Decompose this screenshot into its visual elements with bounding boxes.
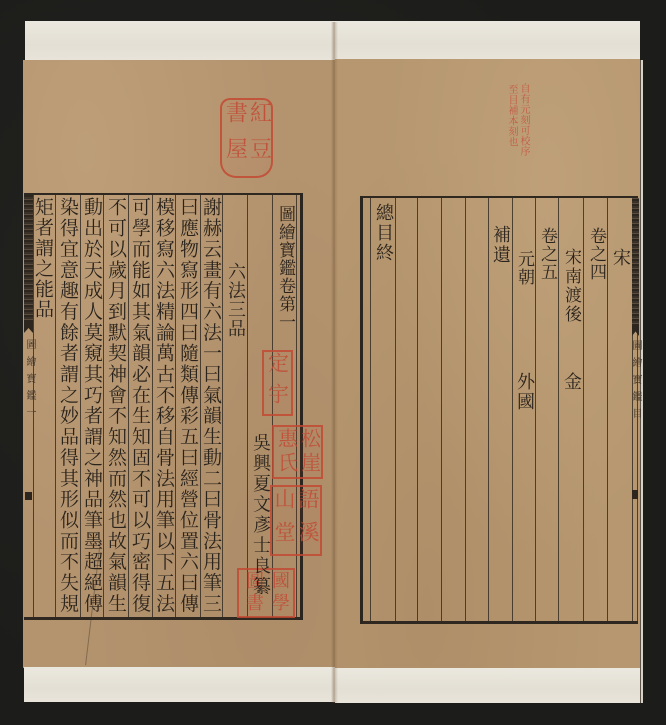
seal-text: 定宇 [265, 352, 291, 414]
banxin-label: 圖繪寶鑑一 [24, 339, 34, 424]
body-column: 曰應物寫形四曰隨類傳彩五曰經營位置六曰傳 [176, 197, 200, 614]
left-top-margin-strip [25, 21, 335, 61]
seal-text: 語溪山堂 [272, 488, 320, 554]
toc-entry: 宋 [608, 248, 632, 268]
collector-seal: 定宇 [262, 350, 293, 416]
frame-top-line [24, 193, 303, 195]
banxin-mark [25, 492, 32, 500]
toc-end-marker: 總目終 [371, 203, 395, 263]
banxin-label: 圖繪寶鑑目 [630, 340, 640, 425]
body-column: 不可以歲月到默契神會不知然而然也故氣韻生 [104, 197, 128, 614]
left-bottom-margin-strip [24, 667, 335, 702]
toc-entry: 宋南渡後 [559, 248, 583, 324]
frame-top-line [360, 196, 638, 198]
seal-text: 紅豆書屋 [223, 101, 271, 175]
section-heading: 六法三品 [223, 262, 247, 338]
author-line: 吳興夏文彥士良纂 [248, 433, 272, 597]
toc-entry: 卷之五 [535, 227, 559, 281]
annotation-column: 自有元刻可校序 [518, 83, 529, 157]
seal-text: 松崖惠氏 [275, 428, 321, 477]
toc-entry-sub: 金 [559, 372, 583, 392]
body-column: 染得宜意趣有餘者謂之妙品得其形似而不失規 [56, 197, 80, 614]
right-top-margin-strip [335, 21, 640, 60]
toc-entry-sub: 外國 [512, 372, 536, 412]
body-column: 動出於天成人莫窺其巧者謂之神品筆墨超絕傅 [80, 197, 104, 614]
frame-bottom-line [360, 621, 638, 624]
collector-seal: 松崖惠氏 [272, 425, 323, 479]
banxin-mark [632, 490, 638, 499]
body-column: 謝赫云畫有六法一曰氣韻生動二曰骨法用筆三 [199, 197, 223, 614]
book-spread-scan: 圖繪寶鑑一 圖繪寶鑑卷第一 吳興夏文彥士良纂 六法三品 謝赫云畫有六法一曰氣韻生… [0, 0, 666, 725]
right-bottom-margin-strip [335, 668, 640, 703]
toc-entry: 卷之四 [584, 227, 608, 281]
body-column: 模移寫六法精論萬古不移自骨法用筆以下五法 [152, 197, 176, 614]
chapter-title: 圖繪寶鑑卷第一 [273, 205, 297, 331]
seal-hongdou-shuwu: 紅豆書屋 [220, 98, 273, 178]
toc-entry: 補遺 [488, 225, 512, 265]
column-rule [465, 198, 466, 621]
column-rule [395, 198, 396, 621]
annotation-column: 至目補本刻也 [506, 84, 517, 147]
collector-seal: 語溪山堂 [270, 485, 322, 556]
frame-outer-border [360, 196, 363, 624]
column-rule [441, 198, 442, 621]
toc-entry: 元朝 [512, 250, 536, 286]
body-column: 矩者謂之能品 [33, 197, 55, 319]
book-gutter [331, 22, 338, 703]
body-column: 可學而能如其氣韻必在生知固不可以巧密得復 [128, 197, 152, 614]
banxin-black-mouth [632, 198, 639, 326]
column-rule [417, 198, 418, 621]
